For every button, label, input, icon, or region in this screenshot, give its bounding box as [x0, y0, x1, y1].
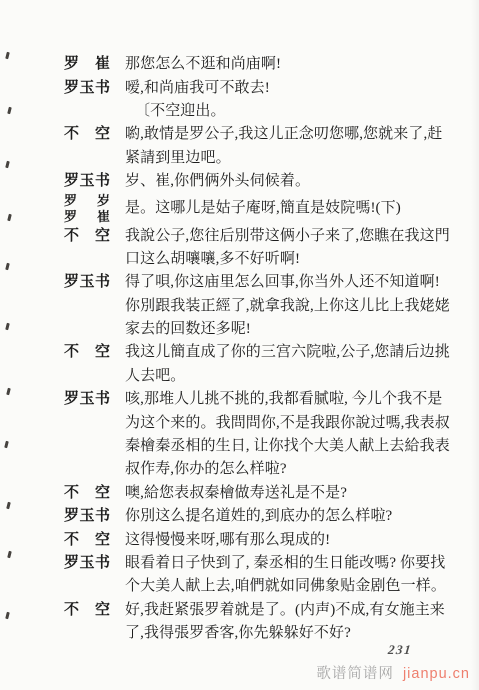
speaker-name: 不空 — [64, 603, 110, 618]
script-row: 罗玉书得了唄,你这庙里怎么回事,你当外人还不知道啊! — [64, 271, 459, 294]
script-row: 口这么胡嚷嚷,多不好听啊! — [64, 248, 459, 271]
speaker-name: 罗崔 — [64, 210, 110, 223]
dialogue-text: 是。这哪儿是姑子庵呀,簡直是妓院嗎!(下) — [125, 201, 401, 216]
script-row: 罗崔那您怎么不逛和尚庙啊! — [64, 53, 459, 76]
speaker-name: 罗玉书 — [64, 556, 110, 571]
script-row: 紧請到里边吧。 — [64, 147, 459, 170]
speaker-name: 罗玉书 — [64, 81, 110, 96]
dialogue-text: 个大美人献上去,咱們就如同佛象贴金剧色一样。 — [125, 579, 446, 594]
dialogue-text: 人去吧。 — [125, 369, 185, 384]
dialogue-text: 我說公子,您往后別带这俩小子来了,您瞧在我这門 — [125, 229, 450, 244]
script-body: 罗崔那您怎么不逛和尚庙啊!罗玉书嗳,和尚庙我可不敢去!〔不空迎出。不空喲,敢情是… — [64, 53, 459, 645]
dialogue-text: 你別跟我装正經了,就拿我說,上你这儿比上我姥姥 — [125, 299, 450, 314]
script-row: 个大美人献上去,咱們就如同佛象贴金剧色一样。 — [64, 575, 459, 598]
speaker-name: 罗玉书 — [64, 392, 110, 407]
script-row: 不空我这儿簡直成了你的三宫六院啦,公子,您請后边挑 — [64, 341, 459, 364]
speaker-name: 罗玉书 — [64, 509, 110, 524]
script-row: 为这个来的。我問問你,不是我跟你說过嗎,我表叔 — [64, 411, 459, 434]
page-number: 231 — [387, 642, 413, 658]
script-row: 你別跟我装正經了,就拿我說,上你这儿比上我姥姥 — [64, 295, 459, 318]
dialogue-text: 眼看着日子快到了, 秦丞相的生日能改嗎? 你要找 — [125, 556, 445, 571]
scan-speck — [7, 551, 12, 559]
scan-speck — [5, 263, 10, 271]
dialogue-text: 那您怎么不逛和尚庙啊! — [125, 57, 281, 72]
script-row: 罗玉书岁、崔,你們俩外头伺候着。 — [64, 170, 459, 193]
dialogue-text: 叔作寿,你办的怎么样啦? — [125, 462, 287, 477]
script-row: 不空我說公子,您往后別带这俩小子来了,您瞧在我这門 — [64, 224, 459, 247]
dialogue-text: 了,我得張罗香客,你先躲躲好不好? — [125, 626, 351, 641]
dialogue-text: 我这儿簡直成了你的三宫六院啦,公子,您請后边挑 — [125, 345, 450, 360]
script-row: 不空噢,給您表叔秦檜做寿送礼是不是? — [64, 482, 459, 505]
dialogue-text: 得了唄,你这庙里怎么回事,你当外人还不知道啊! — [125, 275, 440, 290]
scan-speck — [6, 388, 11, 396]
speaker-name: 不空 — [64, 127, 110, 142]
scan-speck — [5, 612, 10, 620]
speaker-name: 不空 — [64, 533, 110, 548]
scanned-script-page: 罗崔那您怎么不逛和尚庙啊!罗玉书嗳,和尚庙我可不敢去!〔不空迎出。不空喲,敢情是… — [0, 0, 479, 690]
stage-direction-text: 〔不空迎出。 — [135, 104, 226, 119]
script-row: 罗玉书你別这么提名道姓的,到底办的怎么样啦? — [64, 505, 459, 528]
dialogue-text: 紧請到里边吧。 — [125, 151, 231, 166]
dialogue-text: 嗳,和尚庙我可不敢去! — [125, 81, 270, 96]
speaker-name: 罗玉书 — [64, 174, 110, 189]
watermark-site-name: 歌谱简谱网 — [316, 666, 394, 682]
dialogue-text: 你別这么提名道姓的,到底办的怎么样啦? — [125, 509, 392, 524]
scan-speck — [5, 52, 10, 60]
scan-speck — [6, 502, 11, 510]
script-row: 罗玉书眼看着日子快到了, 秦丞相的生日能改嗎? 你要找 — [64, 552, 459, 575]
script-row: 罗玉书咳,那堆人儿挑不挑的,我都看腻啦, 今儿个我不是 — [64, 388, 459, 411]
script-row: 罗玉书嗳,和尚庙我可不敢去! — [64, 76, 459, 99]
script-row: 罗岁罗崔是。这哪儿是姑子庵呀,簡直是妓院嗎!(下) — [64, 193, 459, 224]
dialogue-text: 岁、崔,你們俩外头伺候着。 — [125, 174, 310, 189]
dialogue-text: 这得慢慢来呀,哪有那么現成的! — [125, 533, 330, 548]
dialogue-text: 好,我赶紧張罗着就是了。(内声)不成,有女施主来 — [125, 603, 445, 618]
scan-speck — [4, 441, 9, 449]
watermark-site-url: jianpu.cn — [403, 666, 470, 682]
script-row: 不空这得慢慢来呀,哪有那么現成的! — [64, 528, 459, 551]
speaker-name: 罗玉书 — [64, 275, 110, 290]
script-row: 不空好,我赶紧張罗着就是了。(内声)不成,有女施主来 — [64, 599, 459, 622]
watermark: 歌谱简谱网 jianpu.cn — [316, 662, 470, 683]
script-row: 人去吧。 — [64, 365, 459, 388]
speaker-name-stack: 罗岁罗崔 — [64, 194, 110, 223]
speaker-name: 罗崔 — [64, 57, 110, 72]
script-row: 秦檜秦丞相的生日, 让你找个大美人献上去給我表 — [64, 435, 459, 458]
dialogue-text: 口这么胡嚷嚷,多不好听啊! — [125, 252, 300, 267]
script-row: 叔作寿,你办的怎么样啦? — [64, 458, 459, 481]
scan-speck — [7, 214, 12, 222]
dialogue-text: 为这个来的。我問問你,不是我跟你說过嗎,我表叔 — [125, 416, 450, 431]
dialogue-text: 秦檜秦丞相的生日, 让你找个大美人献上去給我表 — [125, 439, 450, 454]
speaker-name: 不空 — [64, 345, 110, 360]
dialogue-text: 噢,給您表叔秦檜做寿送礼是不是? — [125, 486, 347, 501]
speaker-name: 不空 — [64, 229, 110, 244]
scan-speck — [5, 161, 10, 169]
script-row: 家去的回数还多呢! — [64, 318, 459, 341]
scan-speck — [5, 323, 10, 331]
scan-speck — [7, 107, 12, 115]
speaker-name: 罗岁 — [64, 194, 110, 207]
stage-direction-row: 〔不空迎出。 — [64, 100, 459, 123]
script-row: 不空喲,敢情是罗公子,我这儿正念叨您哪,您就来了,赶 — [64, 123, 459, 146]
dialogue-text: 喲,敢情是罗公子,我这儿正念叨您哪,您就来了,赶 — [125, 127, 442, 142]
dialogue-text: 咳,那堆人儿挑不挑的,我都看腻啦, 今儿个我不是 — [125, 392, 442, 407]
speaker-name: 不空 — [64, 486, 110, 501]
dialogue-text: 家去的回数还多呢! — [125, 322, 251, 337]
